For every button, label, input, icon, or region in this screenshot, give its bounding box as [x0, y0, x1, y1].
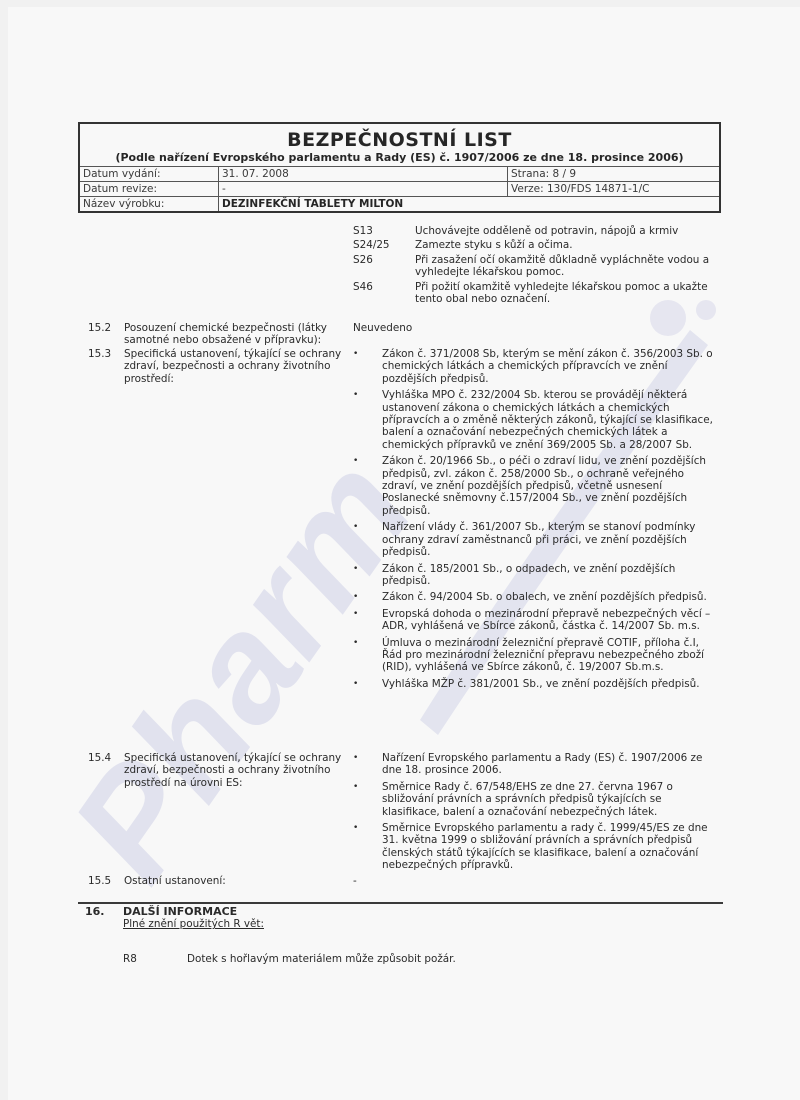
- s-phrase-text: Při požití okamžitě vyhledejte lékařskou…: [415, 281, 723, 306]
- s-phrase: S46 Při požití okamžitě vyhledejte lékař…: [353, 281, 723, 306]
- section-number: 16.: [85, 906, 123, 918]
- section-15-2: 15.2 Posouzení chemické bezpečnosti (lát…: [88, 322, 348, 347]
- list-item: Vyhláška MŽP č. 381/2001 Sb., ve znění p…: [350, 678, 722, 690]
- list-item: Nařízení vlády č. 361/2007 Sb., kterým s…: [350, 521, 722, 558]
- s-phrase-text: Uchovávejte odděleně od potravin, nápojů…: [415, 225, 723, 237]
- s-phrase-code: S13: [353, 225, 415, 237]
- list-item: Zákon č. 185/2001 Sb., o odpadech, ve zn…: [350, 563, 722, 588]
- header-row-revision-date: Datum revize: - Verze: 130/FDS 14871-1/C: [80, 182, 719, 197]
- s-phrase-code: S46: [353, 281, 415, 306]
- s-phrase: S24/25 Zamezte styku s kůží a očima.: [353, 239, 723, 251]
- list-item: Nařízení Evropského parlamentu a Rady (E…: [350, 752, 722, 777]
- section-divider: [78, 902, 723, 904]
- list-item: Směrnice Rady č. 67/548/EHS ze dne 27. č…: [350, 781, 722, 818]
- section-subtitle: Plné znění použitých R vět:: [123, 918, 456, 930]
- list-item: Úmluva o mezinárodní železniční přepravě…: [350, 637, 722, 674]
- list-item: Směrnice Evropského parlamentu a rady č.…: [350, 822, 722, 872]
- document-title: BEZPEČNOSTNÍ LIST: [80, 124, 719, 151]
- section-number: 15.2: [88, 322, 124, 347]
- section-15-5-value: -: [353, 875, 357, 887]
- s-phrases: S13 Uchovávejte odděleně od potravin, ná…: [353, 225, 723, 307]
- section-15-4: 15.4 Specifická ustanovení, týkající se …: [88, 752, 348, 789]
- section-number: 15.3: [88, 348, 124, 385]
- header-label: Název výrobku:: [80, 197, 219, 212]
- header-table: Datum vydání: 31. 07. 2008 Strana: 8 / 9…: [80, 166, 719, 211]
- r-phrase-text: Dotek s hořlavým materiálem může způsobi…: [187, 953, 456, 965]
- list-item: Evropská dohoda o mezinárodní přepravě n…: [350, 608, 722, 633]
- document-header: BEZPEČNOSTNÍ LIST (Podle nařízení Evrops…: [78, 122, 721, 213]
- page-number: Strana: 8 / 9: [508, 167, 720, 182]
- header-row-product-name: Název výrobku: DEZINFEKČNÍ TABLETY MILTO…: [80, 197, 719, 212]
- header-label: Datum vydání:: [80, 167, 219, 182]
- header-label: Datum revize:: [80, 182, 219, 197]
- section-number: 15.5: [88, 875, 124, 887]
- section-label: Specifická ustanovení, týkající se ochra…: [124, 348, 348, 385]
- list-item: Zákon č. 20/1966 Sb., o péči o zdraví li…: [350, 455, 722, 517]
- section-label: Specifická ustanovení, týkající se ochra…: [124, 752, 348, 789]
- s-phrase-code: S26: [353, 254, 415, 279]
- section-number: 15.4: [88, 752, 124, 789]
- header-value: 31. 07. 2008: [219, 167, 508, 182]
- r-phrase: R8 Dotek s hořlavým materiálem může způs…: [123, 953, 456, 965]
- s-phrase-code: S24/25: [353, 239, 415, 251]
- list-item: Zákon č. 94/2004 Sb. o obalech, ve znění…: [350, 591, 722, 603]
- section-15-3-list: Zákon č. 371/2008 Sb, kterým se mění zák…: [350, 348, 722, 694]
- section-label: Ostatní ustanovení:: [124, 875, 348, 887]
- list-item: Vyhláška MPO č. 232/2004 Sb. kterou se p…: [350, 389, 722, 451]
- s-phrase-text: Zamezte styku s kůží a očima.: [415, 239, 723, 251]
- product-name: DEZINFEKČNÍ TABLETY MILTON: [219, 197, 720, 212]
- section-label: Posouzení chemické bezpečnosti (látky sa…: [124, 322, 348, 347]
- section-15-4-list: Nařízení Evropského parlamentu a Rady (E…: [350, 752, 722, 876]
- r-phrase-code: R8: [123, 953, 187, 965]
- s-phrase: S13 Uchovávejte odděleně od potravin, ná…: [353, 225, 723, 237]
- section-15-5: 15.5 Ostatní ustanovení:: [88, 875, 348, 887]
- document-subtitle: (Podle nařízení Evropského parlamentu a …: [80, 151, 719, 166]
- section-15-3: 15.3 Specifická ustanovení, týkající se …: [88, 348, 348, 385]
- section-15-2-value: Neuvedeno: [353, 322, 412, 334]
- version: Verze: 130/FDS 14871-1/C: [508, 182, 720, 197]
- section-16: 16. DALŠÍ INFORMACE Plné znění použitých…: [85, 906, 456, 965]
- header-value: -: [219, 182, 508, 197]
- s-phrase: S26 Při zasažení očí okamžitě důkladně v…: [353, 254, 723, 279]
- section-title: DALŠÍ INFORMACE: [123, 906, 237, 918]
- list-item: Zákon č. 371/2008 Sb, kterým se mění zák…: [350, 348, 722, 385]
- s-phrase-text: Při zasažení očí okamžitě důkladně vyplá…: [415, 254, 723, 279]
- header-row-issue-date: Datum vydání: 31. 07. 2008 Strana: 8 / 9: [80, 167, 719, 182]
